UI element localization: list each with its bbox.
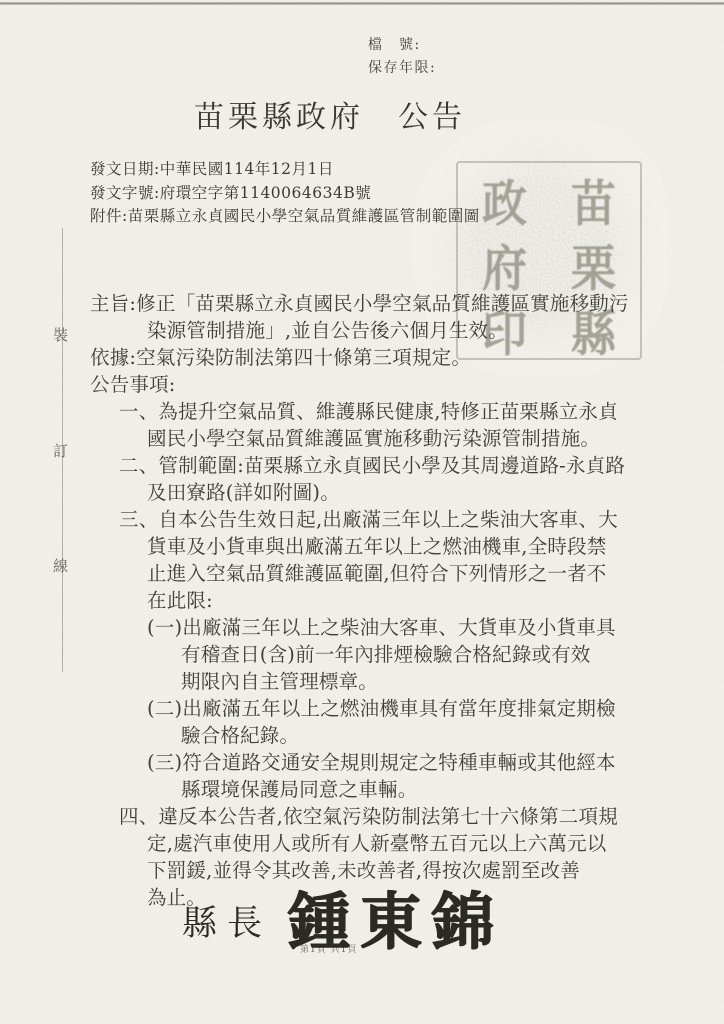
body-line: 染源管制措施」,並自公告後六個月生效。 (147, 317, 660, 344)
body-line: 一、為提升空氣品質、維護縣民健康,特修正苗栗縣立永貞 (119, 398, 660, 425)
retention-label: 保存年限: (368, 57, 436, 80)
signature-block: 縣長 鍾東錦 (182, 891, 504, 953)
meta-line: 發文日期:中華民國114年12月1日 (90, 158, 480, 182)
body-line: 下罰鍰,並得令其改善,未改善者,得按次處罰至改善 (147, 857, 660, 884)
body-line: 驗合格紀錄。 (181, 722, 660, 749)
meta-line: 發文字號:府環空字第1140064634B號 (90, 182, 480, 206)
body-line: 期限內自主管理標章。 (181, 668, 660, 695)
body-line: 依據:空氣污染防制法第四十條第三項規定。 (90, 344, 660, 371)
file-labels: 檔 號: 保存年限: (368, 34, 436, 80)
body-line: 止進入空氣品質維護區範圍,但符合下列情形之一者不 (147, 560, 660, 587)
scan-edge-line (0, 2, 724, 5)
body-line: 國民小學空氣品質維護區實施移動污染源管制措施。 (147, 425, 660, 452)
county-magistrate-label: 縣長 (182, 896, 272, 953)
body-line: 縣環境保護局同意之車輛。 (181, 776, 660, 803)
announcement-body: 主旨:修正「苗栗縣立永貞國民小學空氣品質維護區實施移動污染源管制措施」,並自公告… (90, 290, 660, 911)
body-line: 定,處汽車使用人或所有人新臺幣五百元以上六萬元以 (147, 830, 660, 857)
body-line: 二、管制範圍:苗栗縣立永貞國民小學及其周邊道路-永貞路 (119, 452, 660, 479)
body-line: 公告事項: (90, 371, 660, 398)
seal-character: 苗 (549, 164, 638, 234)
magistrate-name-stamp: 鍾東錦 (288, 891, 504, 953)
meta-line: 附件:苗栗縣立永貞國民小學空氣品質維護區管制範圍圖 (90, 205, 480, 229)
body-line: 四、違反本公告者,依空氣污染防制法第七十六條第二項規 (119, 803, 660, 830)
binding-label: 裝訂線 (51, 324, 70, 576)
body-line: 三、自本公告生效日起,出廠滿三年以上之柴油大客車、大 (119, 506, 660, 533)
body-line: 主旨:修正「苗栗縣立永貞國民小學空氣品質維護區實施移動污 (90, 290, 660, 317)
scanned-announcement-page: 檔 號: 保存年限: 苗栗縣政府 公告 發文日期:中華民國114年12月1日發文… (0, 0, 724, 1024)
meta-block: 發文日期:中華民國114年12月1日發文字號:府環空字第1140064634B號… (90, 158, 480, 229)
binding-character: 訂 (53, 440, 68, 461)
body-line: (一)出廠滿三年以上之柴油大客車、大貨車及小貨車具 (147, 614, 660, 641)
binding-character: 裝 (53, 324, 68, 345)
body-line: (三)符合道路交通安全規則規定之特種車輛或其他經本 (147, 749, 660, 776)
body-line: 貨車及小貨車與出廠滿五年以上之燃油機車,全時段禁 (147, 533, 660, 560)
body-line: 及田寮路(詳如附圖)。 (147, 479, 660, 506)
body-line: 在此限: (147, 587, 660, 614)
body-line: (二)出廠滿五年以上之燃油機車具有當年度排氣定期檢 (147, 695, 660, 722)
binding-character: 線 (53, 555, 68, 576)
file-number-label: 檔 號: (368, 34, 436, 57)
body-line: 有稽查日(含)前一年內排煙檢驗合格紀錄或有效 (181, 641, 660, 668)
